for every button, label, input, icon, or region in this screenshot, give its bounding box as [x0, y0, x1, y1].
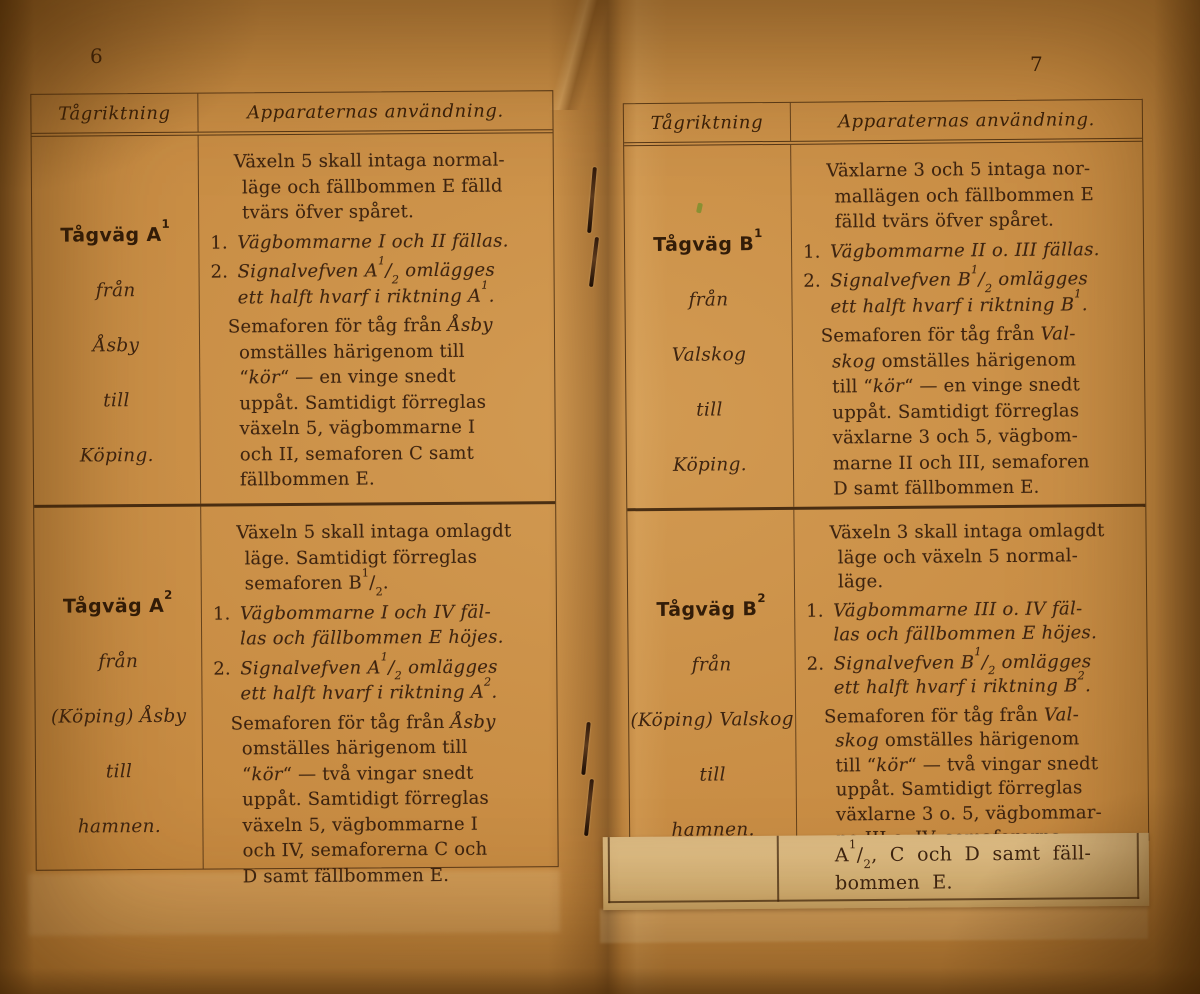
photo-edge-shadow [1154, 0, 1200, 994]
route-lines: frånÅsbytillKöping. [33, 280, 200, 469]
item-number: 2. [807, 652, 825, 677]
instruction-item: 1.Vägbommarne II o. III fällas. [797, 236, 1141, 265]
table-header-row: Tågriktning Apparaternas användning. [624, 100, 1142, 147]
instruction-text: Semaforen för tåg från Åsbyomställes här… [231, 711, 496, 887]
item-number: 1. [803, 239, 821, 265]
header-usage: Apparaternas användning. [198, 91, 552, 131]
instruction-paragraph: Växeln 5 skall intaga normal-läge och fä… [204, 147, 552, 226]
instructions-cell: Växeln 3 skall intaga omlagdtläge och vä… [794, 507, 1148, 847]
signal-table-page-6: Tågriktning Apparaternas användning. Tåg… [30, 90, 558, 871]
item-number: 2. [213, 656, 231, 682]
route-title: Tågväg B1 [625, 233, 791, 256]
route-line: till [630, 764, 796, 788]
item-number: 1. [210, 230, 228, 256]
route-lines: frånValskogtillKöping. [625, 289, 793, 478]
instruction-text: Växeln 5 skall intaga normal-läge och fä… [234, 150, 505, 224]
route-line: från [629, 654, 795, 678]
instruction-text: Signalvefven B1/2 omläggesett halft hvar… [834, 651, 1092, 699]
instruction-paragraph: Semaforen för tåg från Åsbyomställes här… [208, 709, 556, 890]
instruction-text: Vägbommarne I och II fällas. [237, 230, 509, 253]
slip-border-right [1137, 833, 1139, 899]
route-title: Tågväg A2 [35, 595, 201, 618]
book-photo: 6 7 Tågriktning Apparaternas användning.… [0, 0, 1200, 994]
route-title: Tågväg B2 [628, 598, 794, 621]
instruction-text: Växlarne 3 och 5 intaga nor-mallägen och… [826, 158, 1094, 232]
instruction-text: Växeln 5 skall intaga omlagdtläge. Samti… [236, 520, 511, 594]
instructions-cell: Växeln 5 skall intaga normal-läge och fä… [199, 133, 556, 503]
instruction-text: Semaforen för tåg från Åsbyomställes här… [228, 315, 493, 491]
instruction-text: Signalvefven A1/2 omläggesett halft hvar… [237, 260, 495, 308]
route-title: Tågväg A1 [32, 224, 198, 247]
table-row: Tågväg B1 frånValskogtillKöping. Växlarn… [624, 142, 1145, 512]
route-line: från [33, 280, 199, 304]
route-line: till [33, 390, 199, 414]
paper-light-band-right [600, 905, 1148, 943]
route-line: Åsby [33, 335, 199, 359]
route-line: till [626, 399, 792, 423]
instruction-paragraph: Växeln 5 skall intaga omlagdtläge. Samti… [206, 518, 554, 597]
header-direction: Tågriktning [624, 103, 791, 142]
instruction-paragraph: Semaforen för tåg från Val-skog omställe… [798, 321, 1144, 502]
instruction-paragraph: Växeln 3 skall intaga omlagdtläge och vä… [799, 519, 1144, 595]
page-number-right: 7 [1030, 52, 1044, 76]
instructions-cell: Växlarne 3 och 5 intaga nor-mallägen och… [791, 142, 1145, 507]
instruction-item: 1.Vägbommarne I och IV fäl-las och fällb… [207, 599, 554, 652]
route-cell: Tågväg A1 frånÅsbytillKöping. [32, 136, 202, 505]
header-usage: Apparaternas användning. [791, 100, 1142, 141]
instruction-text: Signalvefven B1/2 omläggesett halft hvar… [830, 268, 1088, 317]
instruction-text: Signalvefven A1/2 omläggesett halft hvar… [240, 656, 498, 704]
signal-table-page-7: Tågriktning Apparaternas användning. Tåg… [623, 99, 1149, 846]
correction-slip: A1/2, C och D samt fäll-bommen E. [603, 833, 1150, 910]
item-number: 2. [210, 259, 228, 285]
route-line: (Köping) Åsby [36, 706, 202, 730]
route-lines: från(Köping) Åsbytillhamnen. [35, 651, 202, 840]
instruction-item: 1.Vägbommarne I och II fällas. [204, 228, 551, 256]
stitching-thread [581, 722, 591, 775]
table-row: Tågväg B2 från(Köping) Valskogtillhamnen… [627, 507, 1148, 849]
route-line: från [35, 651, 201, 675]
stitching-thread [584, 779, 594, 836]
stitching-thread [587, 167, 597, 233]
instruction-text: Vägbommarne I och IV fäl-las och fällbom… [240, 601, 504, 649]
route-lines: från(Köping) Valskogtillhamnen. [629, 654, 797, 843]
instruction-text: Semaforen för tåg från Val-skog omställe… [821, 323, 1090, 499]
instruction-paragraph: Semaforen för tåg från Val-skog omställe… [801, 702, 1146, 852]
item-number: 1. [806, 599, 824, 624]
route-line: (Köping) Valskog [629, 709, 795, 733]
instruction-text: Vägbommarne III o. IV fäl-las och fällbo… [833, 598, 1097, 646]
slip-border-left [608, 837, 610, 903]
route-cell: Tågväg A2 från(Köping) Åsbytillhamnen. [34, 507, 204, 870]
slip-border-bottom [608, 897, 1139, 903]
route-line: Köping. [34, 445, 200, 469]
route-line: till [36, 761, 202, 785]
route-cell: Tågväg B1 frånValskogtillKöping. [624, 145, 794, 508]
instruction-text: Vägbommarne II o. III fällas. [830, 239, 1100, 262]
photo-edge-shadow [0, 968, 1200, 994]
instruction-paragraph: Semaforen för tåg från Åsbyomställes här… [205, 312, 553, 493]
instruction-item: 2.Signalvefven B1/2 omläggesett halft hv… [801, 649, 1145, 701]
route-line: Köping. [627, 454, 793, 478]
slip-column-divider [777, 836, 779, 902]
instruction-text: Växeln 3 skall intaga omlagdtläge och vä… [829, 520, 1104, 592]
route-line: hamnen. [36, 816, 202, 840]
instructions-cell: Växeln 5 skall intaga omlagdtläge. Samti… [201, 504, 558, 868]
photo-edge-shadow [0, 0, 34, 994]
header-direction: Tågriktning [31, 94, 198, 133]
table-row: Tågväg A2 från(Köping) Åsbytillhamnen. V… [34, 504, 558, 870]
table-header-row: Tågriktning Apparaternas användning. [31, 91, 552, 137]
page-number-left: 6 [90, 44, 104, 68]
instruction-item: 1.Vägbommarne III o. IV fäl-las och fäll… [800, 596, 1144, 648]
stitching-thread [589, 237, 599, 287]
instruction-paragraph: Växlarne 3 och 5 intaga nor-mallägen och… [796, 156, 1141, 235]
instruction-text: Semaforen för tåg från Val-skog omställe… [824, 704, 1102, 850]
route-cell: Tågväg B2 från(Köping) Valskogtillhamnen… [627, 510, 797, 848]
route-line: Valskog [626, 344, 792, 368]
instruction-item: 2.Signalvefven A1/2 omläggesett halft hv… [207, 654, 554, 707]
table-row: Tågväg A1 frånÅsbytillKöping. Växeln 5 s… [32, 133, 556, 508]
item-number: 2. [803, 269, 821, 295]
slip-text: A1/2, C och D samt fäll-bommen E. [835, 839, 1092, 897]
instruction-item: 2.Signalvefven A1/2 omläggesett halft hv… [204, 257, 551, 310]
item-number: 1. [213, 601, 231, 627]
instruction-item: 2.Signalvefven B1/2 omläggesett halft hv… [797, 266, 1141, 320]
route-line: från [625, 289, 791, 313]
